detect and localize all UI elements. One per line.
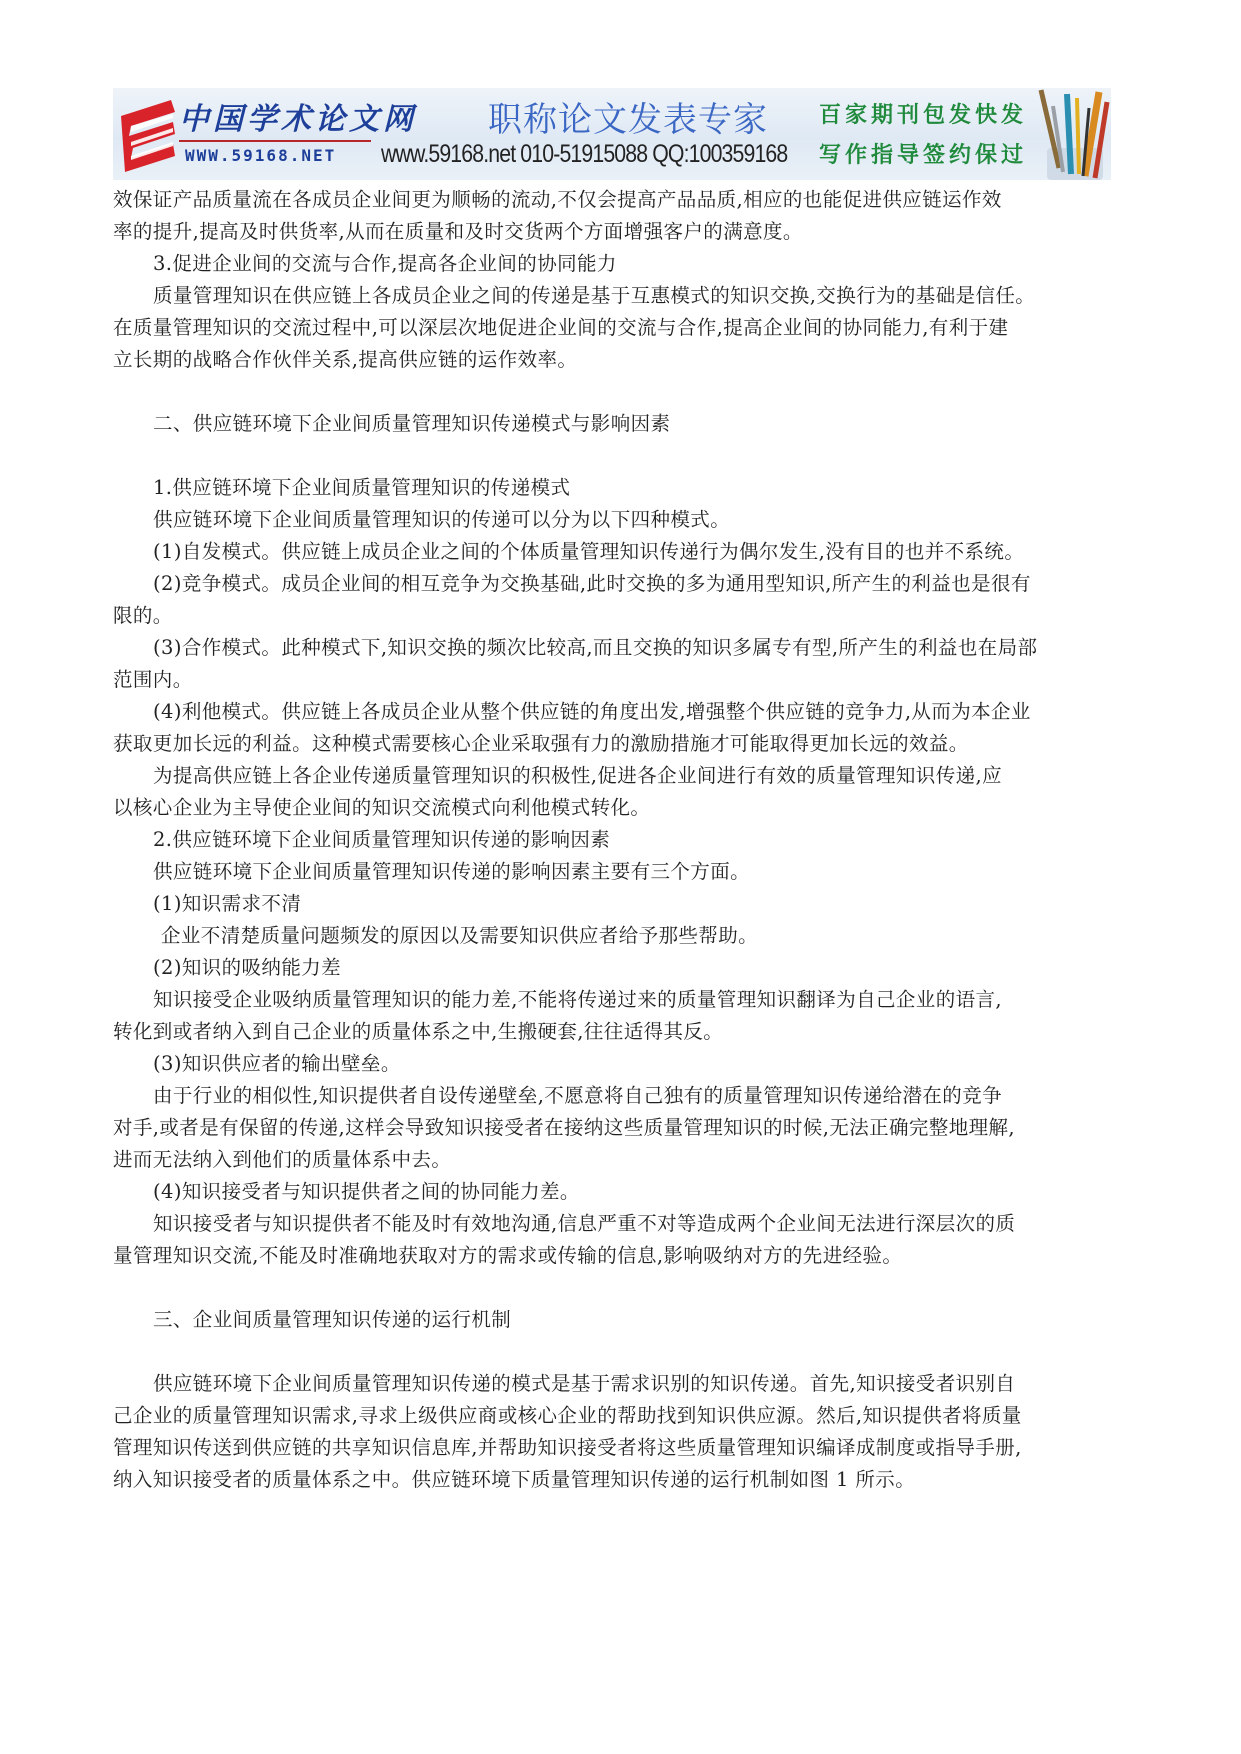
paragraph-line: 由于行业的相似性,知识提供者自设传递壁垒,不愿意将自己独有的质量管理知识传递给潜… [113, 1080, 1153, 1112]
paragraph-line: 限的。 [113, 600, 1113, 632]
logo-stripes-icon [119, 96, 177, 172]
paragraph-line: 企业不清楚质量问题频发的原因以及需要知识供应者给予那些帮助。 [113, 920, 1161, 952]
paragraph-line: 率的提升,提高及时供货率,从而在质量和及时交货两个方面增强客户的满意度。 [113, 216, 1113, 248]
paragraph-line: 进而无法纳入到他们的质量体系中去。 [113, 1144, 1113, 1176]
banner-slogan: 职称论文发表专家 [488, 92, 768, 141]
paragraph-line: 三、企业间质量管理知识传递的运行机制 [113, 1304, 1153, 1336]
ad-banner[interactable]: 中国学术论文网 WWW.59168.NET 职称论文发表专家 www.59168… [113, 88, 1111, 180]
paragraph-line: 以核心企业为主导使企业间的知识交流模式向利他模式转化。 [113, 792, 1113, 824]
paragraph-line: 为提高供应链上各企业传递质量管理知识的积极性,促进各企业间进行有效的质量管理知识… [113, 760, 1153, 792]
paragraph-line: (2)知识的吸纳能力差 [113, 952, 1153, 984]
paragraph-line: (3)合作模式。此种模式下,知识交换的频次比较高,而且交换的知识多属专有型,所产… [113, 632, 1153, 664]
paragraph-line: 对手,或者是有保留的传递,这样会导致知识接受者在接纳这些质量管理知识的时候,无法… [113, 1112, 1113, 1144]
paragraph-line: (3)知识供应者的输出壁垒。 [113, 1048, 1153, 1080]
paragraph-line: 知识接受者与知识提供者不能及时有效地沟通,信息严重不对等造成两个企业间无法进行深… [113, 1208, 1153, 1240]
pencil-cup-icon [1033, 88, 1111, 180]
paragraph-line: 2.供应链环境下企业间质量管理知识传递的影响因素 [113, 824, 1153, 856]
banner-contact: www.59168.net 010-51915088 QQ:100359168 [381, 140, 787, 169]
logo-title: 中国学术论文网 [179, 94, 417, 138]
paragraph-line: 供应链环境下企业间质量管理知识传递的影响因素主要有三个方面。 [113, 856, 1153, 888]
paragraph-line: 二、供应链环境下企业间质量管理知识传递模式与影响因素 [113, 408, 1153, 440]
paragraph-line: 己企业的质量管理知识需求,寻求上级供应商或核心企业的帮助找到知识供应源。然后,知… [113, 1400, 1113, 1432]
paragraph-line: 供应链环境下企业间质量管理知识传递的模式是基于需求识别的知识传递。首先,知识接受… [113, 1368, 1153, 1400]
paragraph-line: 知识接受企业吸纳质量管理知识的能力差,不能将传递过来的质量管理知识翻译为自己企业… [113, 984, 1153, 1016]
paragraph-line: 质量管理知识在供应链上各成员企业之间的传递是基于互惠模式的知识交换,交换行为的基… [113, 280, 1153, 312]
logo-url: WWW.59168.NET [185, 146, 336, 165]
paragraph-line: 转化到或者纳入到自己企业的质量体系之中,生搬硬套,往往适得其反。 [113, 1016, 1113, 1048]
paragraph-line: 范围内。 [113, 664, 1113, 696]
paragraph-line: (4)利他模式。供应链上各成员企业从整个供应链的角度出发,增强整个供应链的竞争力… [113, 696, 1153, 728]
paragraph-line: 立长期的战略合作伙伴关系,提高供应链的运作效率。 [113, 344, 1113, 376]
paragraph-line: (2)竞争模式。成员企业间的相互竞争为交换基础,此时交换的多为通用型知识,所产生… [113, 568, 1153, 600]
paragraph-line: (4)知识接受者与知识提供者之间的协同能力差。 [113, 1176, 1153, 1208]
paragraph-line: 效保证产品质量流在各成员企业间更为顺畅的流动,不仅会提高产品品质,相应的也能促进… [113, 184, 1113, 216]
paragraph-line: 1.供应链环境下企业间质量管理知识的传递模式 [113, 472, 1153, 504]
paragraph-line: (1)知识需求不清 [113, 888, 1153, 920]
banner-promo-line-1: 百家期刊包发快发 [819, 98, 1027, 129]
paragraph-line: (1)自发模式。供应链上成员企业之间的个体质量管理知识传递行为偶尔发生,没有目的… [113, 536, 1153, 568]
paragraph-line: 3.促进企业间的交流与合作,提高各企业间的协同能力 [113, 248, 1153, 280]
paragraph-line: 纳入知识接受者的质量体系之中。供应链环境下质量管理知识传递的运行机制如图 1 所… [113, 1464, 1113, 1496]
paragraph-line: 量管理知识交流,不能及时准确地获取对方的需求或传输的信息,影响吸纳对方的先进经验… [113, 1240, 1113, 1272]
paragraph-line: 获取更加长远的利益。这种模式需要核心企业采取强有力的激励措施才可能取得更加长远的… [113, 728, 1113, 760]
banner-promo-line-2: 写作指导签约保过 [819, 138, 1027, 169]
paragraph-line: 供应链环境下企业间质量管理知识的传递可以分为以下四种模式。 [113, 504, 1153, 536]
logo-divider [179, 140, 371, 142]
paragraph-line: 管理知识传送到供应链的共享知识信息库,并帮助知识接受者将这些质量管理知识编译成制… [113, 1432, 1113, 1464]
paragraph-line: 在质量管理知识的交流过程中,可以深层次地促进企业间的交流与合作,提高企业间的协同… [113, 312, 1113, 344]
